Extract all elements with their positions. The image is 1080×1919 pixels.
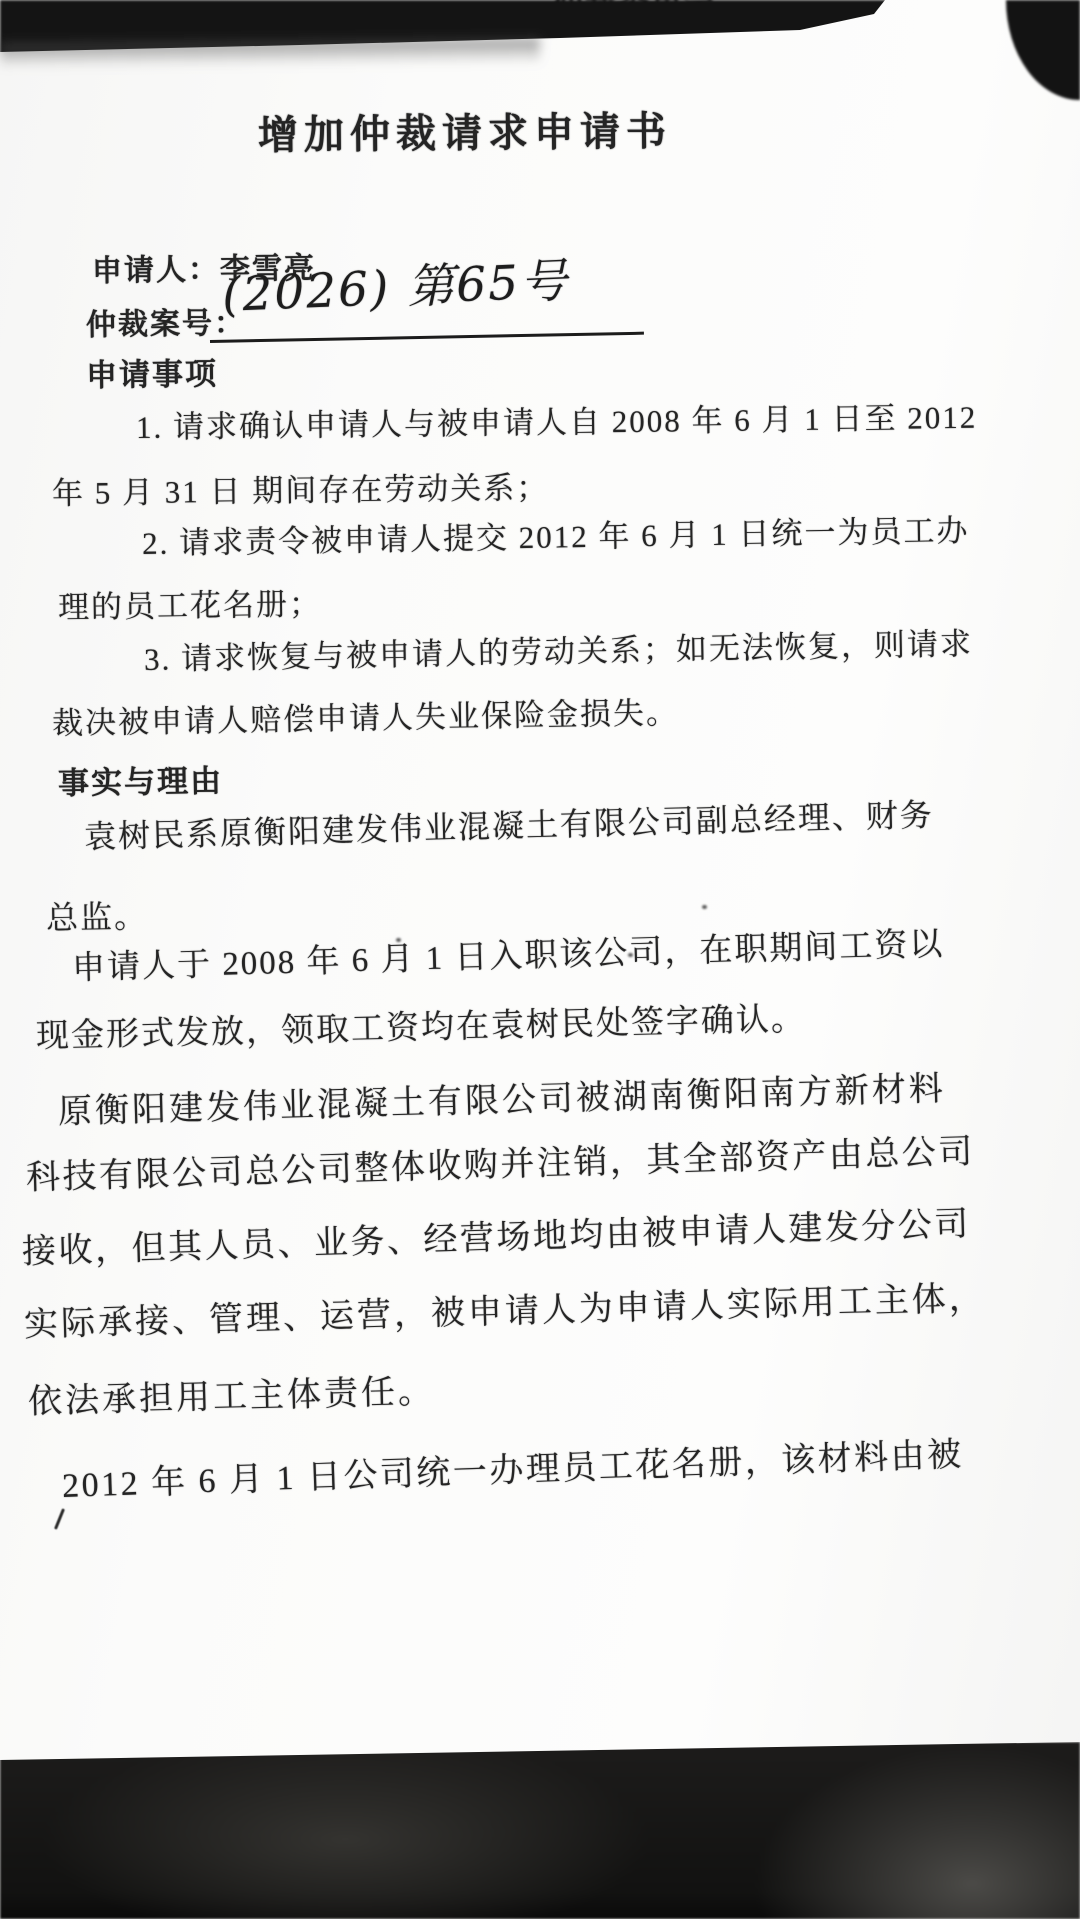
claim-line: 1. 请求确认申请人与被申请人自 2008 年 6 月 1 日至 2012 (136, 392, 978, 447)
scan-speck (628, 953, 633, 957)
scan-speck (702, 905, 707, 909)
claim-line: 裁决被申请人赔偿申请人失业保险金损失。 (52, 687, 680, 743)
case-number-handwritten-value: (2026) 第65号 (221, 243, 571, 324)
facts-line: 2012 年 6 月 1 日公司统一办理员工花名册，该材料由被 (61, 1427, 964, 1507)
claims-section-heading: 申请事项 (86, 348, 219, 395)
claim-line: 理的员工花名册； (58, 578, 323, 627)
facts-line: 科技有限公司总公司整体收购并注销，其全部资产由总公司 (25, 1124, 975, 1199)
facts-line: 依法承担用工主体责任。 (27, 1363, 435, 1423)
scanned-document-page: 仲裁委员会 增加仲裁请求申请书 申请人：李雪亮 仲裁案号： (2026) 第65… (0, 0, 1080, 1919)
claim-line: 2. 请求责令被申请人提交 2012 年 6 月 1 日统一为员工办 (142, 505, 970, 563)
case-number-underline (210, 332, 644, 343)
paper-bottom-edge-background (0, 1742, 1080, 1919)
claim-line: 3. 请求恢复与被申请人的劳动关系；如无法恢复，则请求 (144, 618, 974, 679)
facts-line: 实际承接、管理、运营，被申请人为申请人实际用工主体， (23, 1270, 986, 1346)
claim-line: 年 5 月 31 日 期间存在劳动关系； (52, 462, 550, 513)
facts-line: 原衡阳建发伟业混凝土有限公司被湖南衡阳南方新材料 (57, 1061, 946, 1133)
scan-band-shadow (0, 38, 540, 69)
facts-line: 申请人于 2008 年 6 月 1 日入职该公司，在职期间工资以 (71, 918, 944, 989)
facts-line: 总监。 (46, 891, 149, 939)
scan-speck (396, 938, 401, 942)
stray-pen-mark (54, 1508, 65, 1530)
applicant-label: 申请人： (92, 253, 220, 288)
facts-section-heading: 事实与理由 (58, 755, 224, 803)
scan-corner-shadow (1006, 0, 1080, 100)
facts-line: 现金形式发放，领取工资均在袁树民处签字确认。 (35, 993, 806, 1057)
facts-line: 接收，但其人员、业务、经营场地均由被申请人建发分公司 (21, 1196, 971, 1273)
document-title: 增加仲裁请求申请书 (258, 100, 673, 161)
